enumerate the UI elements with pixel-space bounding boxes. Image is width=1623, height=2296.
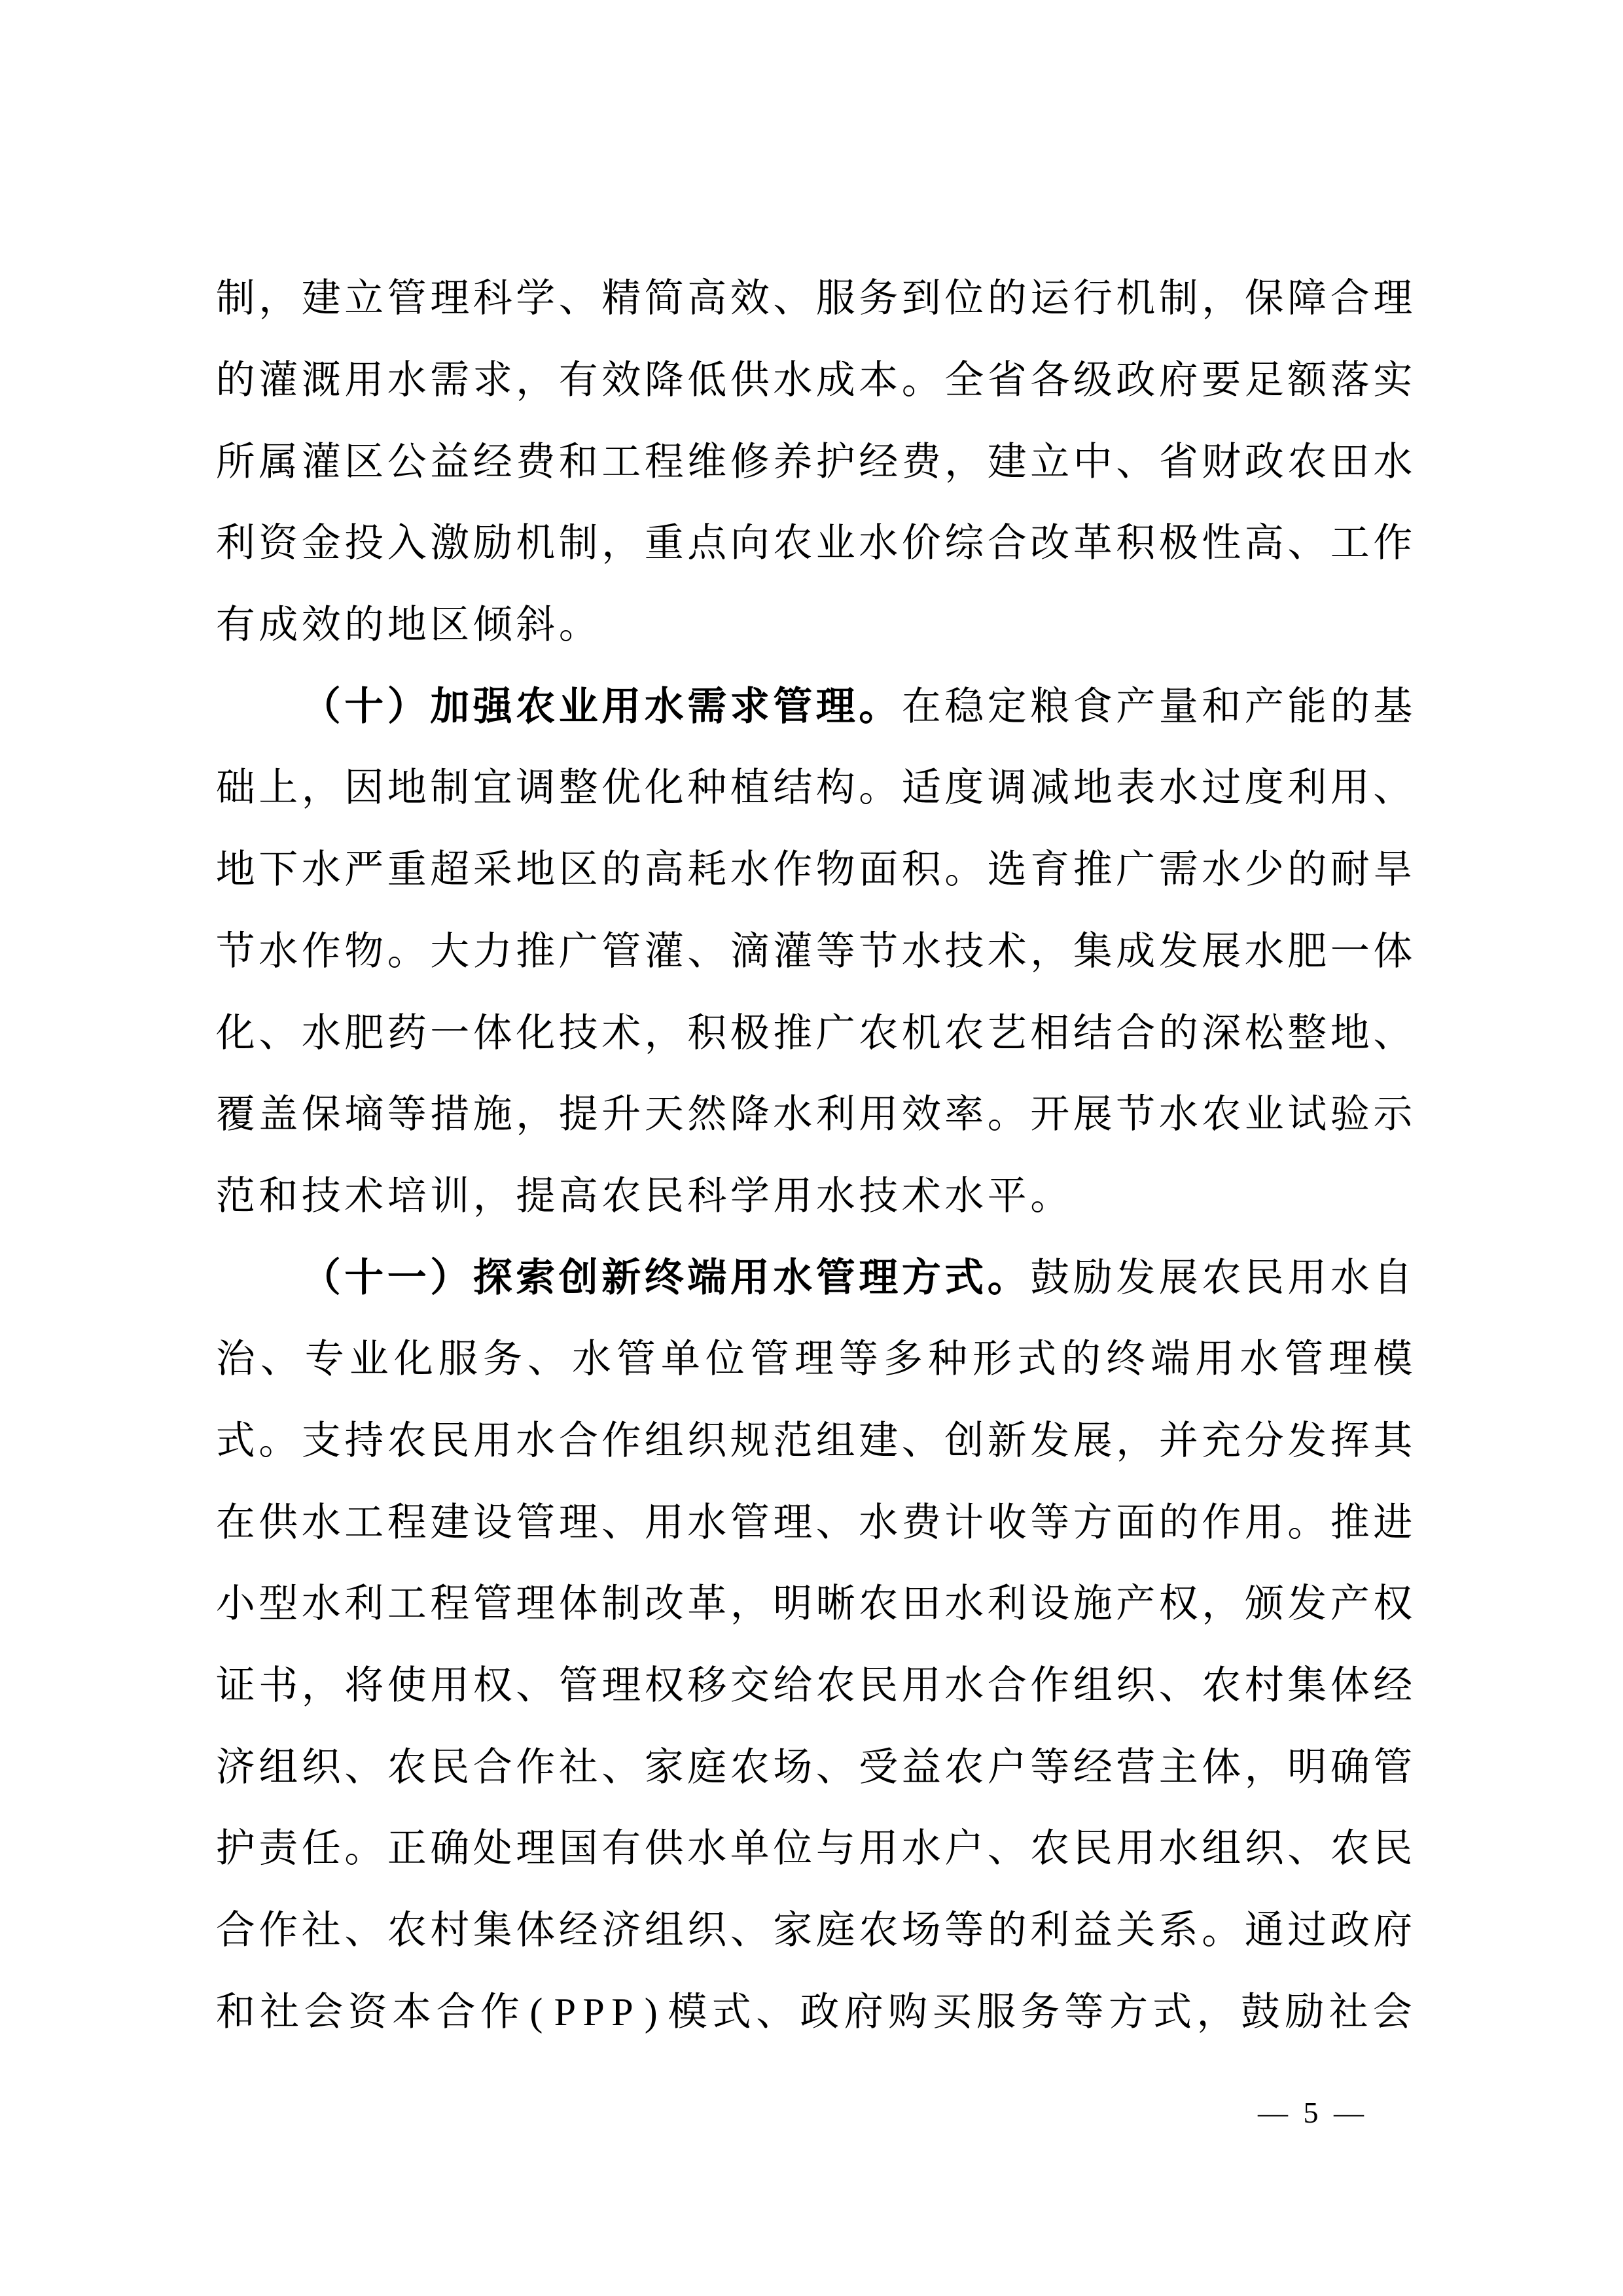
char-cell: 展 — [1200, 932, 1243, 971]
char-cell: 与 — [814, 1829, 857, 1868]
char-cell: 有 — [557, 361, 600, 400]
char-cell: 、 — [257, 1014, 300, 1053]
char-cell: 推 — [514, 932, 558, 971]
char-cell: 试 — [1286, 1095, 1329, 1134]
char-cell: 农 — [772, 523, 815, 563]
char-cell: 严 — [343, 850, 386, 889]
char-cell: 高 — [643, 850, 686, 889]
char-cell: 励 — [1071, 1258, 1115, 1298]
char-cell: 表 — [1115, 768, 1158, 807]
char-cell: 。 — [943, 850, 986, 889]
char-cell: 方 — [1107, 1992, 1150, 2032]
char-cell: 充 — [1200, 1421, 1243, 1460]
char-cell: 提 — [514, 1176, 558, 1216]
char-cell: 合 — [435, 1992, 478, 2032]
char-cell: 政 — [798, 1992, 842, 2032]
char-cell: 革 — [1071, 523, 1115, 563]
char-cell: 的 — [214, 361, 257, 400]
char-cell: 率 — [943, 1095, 986, 1134]
char-cell: 社 — [300, 1911, 343, 1950]
char-cell: 用 — [343, 361, 386, 400]
char-cell: 水 — [857, 1503, 901, 1542]
char-cell: 。 — [1029, 1176, 1072, 1216]
char-cell: 家 — [772, 1911, 815, 1950]
char-cell: P — [551, 1992, 579, 2032]
char-cell: 挥 — [1329, 1421, 1372, 1460]
text-line: 治、专业化服务、水管单位管理等多种形式的终端用水管理模 — [214, 1318, 1414, 1400]
char-cell: ， — [600, 523, 643, 563]
char-cell: 术 — [600, 1014, 643, 1053]
char-cell: 水 — [514, 1421, 558, 1460]
char-cell: 调 — [986, 768, 1029, 807]
char-cell: 量 — [1157, 687, 1200, 726]
char-cell: 利 — [986, 1584, 1029, 1623]
char-cell: 的 — [1157, 1014, 1200, 1053]
char-cell: 稳 — [943, 687, 986, 726]
char-cell: 业 — [814, 523, 857, 563]
char-cell: 明 — [772, 1584, 815, 1623]
text-line: 式。支持农民用水合作组织规范组建、创新发展，并充分发挥其 — [214, 1400, 1414, 1482]
char-cell: P — [580, 1992, 607, 2032]
char-cell: 等 — [1029, 1748, 1072, 1787]
char-cell: 实 — [1372, 361, 1415, 400]
char-cell: 节 — [214, 932, 257, 971]
char-cell: 大 — [429, 932, 472, 971]
char-cell: 和 — [214, 1992, 257, 2032]
char-cell: 用 — [1115, 1829, 1158, 1868]
char-cell: 合 — [471, 1748, 514, 1787]
char-cell: 灌 — [257, 361, 300, 400]
char-cell: 用 — [728, 1258, 772, 1298]
char-cell: 机 — [900, 1014, 943, 1053]
char-cell: 农 — [728, 1748, 772, 1787]
char-cell: 农 — [1200, 1258, 1243, 1298]
char-cell: 业 — [557, 687, 600, 726]
char-cell: 积 — [1115, 523, 1158, 563]
char-cell: 墒 — [343, 1095, 386, 1134]
char-cell: 晰 — [814, 1584, 857, 1623]
char-cell: 所 — [214, 442, 257, 482]
char-cell: 组 — [643, 1911, 686, 1950]
char-cell: 利 — [214, 523, 257, 563]
char-cell: 、 — [1372, 768, 1415, 807]
char-cell: 足 — [1243, 361, 1286, 400]
char-cell: 关 — [1115, 1911, 1158, 1950]
char-cell: 措 — [429, 1095, 472, 1134]
char-cell: 公 — [385, 442, 429, 482]
char-cell: 范 — [772, 1421, 815, 1460]
char-cell: 。 — [343, 1829, 386, 1868]
text-line: 利资金投入激励机制，重点向农业水价综合改革积极性高、工作 — [214, 503, 1414, 584]
char-cell: 务 — [1018, 1992, 1061, 2032]
char-cell: 成 — [1115, 932, 1158, 971]
page-number-text: — 5 — — [1258, 2096, 1368, 2129]
char-cell: 宜 — [471, 768, 514, 807]
char-cell: 农 — [943, 1014, 986, 1053]
char-cell: 中 — [1071, 442, 1115, 482]
char-cell: 、 — [600, 1503, 643, 1542]
char-cell: 金 — [300, 523, 343, 563]
char-cell: 家 — [643, 1748, 686, 1787]
char-cell: 立 — [343, 279, 386, 318]
char-cell: 和 — [257, 1176, 300, 1216]
char-cell: 调 — [514, 768, 558, 807]
char-cell: 多 — [882, 1339, 925, 1379]
char-cell: 效 — [728, 279, 772, 318]
char-cell: 等 — [943, 1911, 986, 1950]
char-cell: 、 — [754, 1992, 797, 2032]
char-cell: 的 — [1060, 1339, 1103, 1379]
char-cell: 积 — [900, 850, 943, 889]
char-cell: 节 — [1115, 1095, 1158, 1134]
char-cell: 作 — [514, 1748, 558, 1787]
char-cell: 管 — [557, 1666, 600, 1705]
char-cell: 工 — [600, 442, 643, 482]
char-cell: 购 — [886, 1992, 929, 2032]
char-cell: 十 — [343, 687, 386, 726]
text-line: （十一）探索创新终端用水管理方式。鼓励发展农民用水自 — [214, 1237, 1414, 1318]
char-cell: 灌 — [643, 932, 686, 971]
char-cell: 高 — [686, 279, 729, 318]
char-cell: 资 — [346, 1992, 389, 2032]
char-cell: 推 — [1071, 850, 1115, 889]
char-cell: 育 — [1029, 850, 1072, 889]
char-cell: 技 — [557, 1014, 600, 1053]
char-cell: 养 — [772, 442, 815, 482]
char-cell: 重 — [385, 850, 429, 889]
char-cell: 新 — [986, 1421, 1029, 1460]
char-cell: 。 — [986, 1095, 1029, 1134]
char-cell: 利 — [1029, 1911, 1072, 1950]
char-cell: 鼓 — [1029, 1258, 1072, 1298]
char-cell: 训 — [429, 1176, 472, 1216]
char-cell: 等 — [1029, 1503, 1072, 1542]
char-cell: ， — [1243, 1748, 1286, 1787]
char-cell: 灌 — [772, 932, 815, 971]
char-cell: 等 — [385, 1095, 429, 1134]
char-cell: 管 — [514, 1503, 558, 1542]
char-cell: 农 — [1200, 1095, 1243, 1134]
char-cell: 织 — [300, 1748, 343, 1787]
char-cell: 、 — [1157, 1666, 1200, 1705]
char-cell: ， — [471, 1176, 514, 1216]
char-cell: 集 — [1071, 932, 1115, 971]
char-cell: 升 — [600, 1095, 643, 1134]
char-cell: 的 — [1286, 850, 1329, 889]
char-cell: ， — [300, 768, 343, 807]
char-cell: 水 — [1157, 1829, 1200, 1868]
char-cell: 水 — [900, 932, 943, 971]
char-cell: 基 — [1372, 687, 1415, 726]
char-cell: 益 — [900, 1748, 943, 1787]
char-cell: 术 — [343, 1176, 386, 1216]
char-cell: 管 — [471, 1584, 514, 1623]
char-cell: 任 — [300, 1829, 343, 1868]
char-cell: 国 — [557, 1829, 600, 1868]
char-cell: 耐 — [1329, 850, 1372, 889]
char-cell: 用 — [772, 1176, 815, 1216]
char-cell: 节 — [857, 932, 901, 971]
char-cell: 持 — [343, 1421, 386, 1460]
char-cell: 利 — [814, 1095, 857, 1134]
char-cell: 理 — [814, 687, 857, 726]
char-cell: 少 — [1243, 850, 1286, 889]
char-cell: 面 — [857, 850, 901, 889]
char-cell: 结 — [772, 768, 815, 807]
char-cell: 水 — [772, 1258, 815, 1298]
char-cell: 产 — [1329, 1584, 1372, 1623]
char-cell: 建 — [300, 279, 343, 318]
char-cell: 证 — [214, 1666, 257, 1705]
char-cell: 治 — [214, 1339, 257, 1379]
char-cell: 水 — [300, 1503, 343, 1542]
char-cell: 开 — [1029, 1095, 1072, 1134]
char-cell: 用 — [600, 687, 643, 726]
char-cell: 水 — [772, 1095, 815, 1134]
char-cell: 灌 — [300, 442, 343, 482]
char-cell: 水 — [814, 1176, 857, 1216]
char-cell: 的 — [600, 850, 643, 889]
char-cell: 费 — [900, 442, 943, 482]
char-cell: 务 — [857, 279, 901, 318]
char-cell: 民 — [429, 1748, 472, 1787]
char-cell: 理 — [600, 1666, 643, 1705]
char-cell: 集 — [1286, 1666, 1329, 1705]
char-cell: 索 — [514, 1258, 558, 1298]
char-cell: 示 — [1372, 1095, 1415, 1134]
char-cell: 单 — [659, 1339, 702, 1379]
char-cell: 广 — [557, 932, 600, 971]
char-cell: 民 — [429, 1421, 472, 1460]
char-cell: 水 — [943, 1176, 986, 1216]
char-cell: 、 — [1286, 1829, 1329, 1868]
char-cell: 体 — [1372, 932, 1415, 971]
char-cell: 科 — [686, 1176, 729, 1216]
char-cell: 管 — [600, 932, 643, 971]
char-cell: 农 — [1286, 442, 1329, 482]
char-cell: 处 — [471, 1829, 514, 1868]
char-cell: 学 — [728, 1176, 772, 1216]
char-cell: 自 — [1372, 1258, 1415, 1298]
char-cell: 护 — [214, 1829, 257, 1868]
char-cell: 水 — [300, 1014, 343, 1053]
char-cell: 滴 — [728, 932, 772, 971]
char-cell: 发 — [1286, 1584, 1329, 1623]
char-cell: 理 — [857, 1258, 901, 1298]
char-cell: 正 — [385, 1829, 429, 1868]
char-cell: 作 — [1200, 1503, 1243, 1542]
char-cell: 经 — [1372, 1666, 1415, 1705]
char-cell: 其 — [1372, 1421, 1415, 1460]
char-cell: 投 — [343, 523, 386, 563]
char-cell: 式 — [1150, 1992, 1194, 2032]
char-cell: 农 — [600, 1176, 643, 1216]
char-cell: 效 — [300, 605, 343, 645]
char-cell: 权 — [1157, 1584, 1200, 1623]
char-cell: 体 — [1200, 1748, 1243, 1787]
char-cell: 、 — [514, 1666, 558, 1705]
char-cell: 级 — [1071, 361, 1115, 400]
char-cell: 民 — [643, 1176, 686, 1216]
char-cell: 、 — [1286, 523, 1329, 563]
char-cell: 确 — [429, 1829, 472, 1868]
char-cell: 权 — [643, 1666, 686, 1705]
char-cell: 政 — [1115, 361, 1158, 400]
char-cell: 区 — [557, 850, 600, 889]
text-line: 化、水肥药一体化技术，积极推广农机农艺相结合的深松整地、 — [214, 992, 1414, 1074]
char-cell: 庭 — [686, 1748, 729, 1787]
char-cell: 型 — [257, 1584, 300, 1623]
char-cell: 。 — [1286, 1503, 1329, 1542]
char-cell: 式 — [214, 1421, 257, 1460]
char-cell: 水 — [728, 850, 772, 889]
char-cell: 分 — [1243, 1421, 1286, 1460]
char-cell: ， — [943, 442, 986, 482]
char-cell: 化 — [643, 768, 686, 807]
char-cell: 的 — [986, 1911, 1029, 1950]
char-cell: 各 — [1029, 361, 1072, 400]
char-cell: 作 — [478, 1992, 522, 2032]
char-cell: 倾 — [471, 605, 514, 645]
char-cell: ， — [1115, 1421, 1158, 1460]
char-cell: 管 — [615, 1339, 658, 1379]
char-cell: 水 — [943, 1584, 986, 1623]
char-cell: 织 — [1243, 1829, 1286, 1868]
char-cell: 成 — [814, 361, 857, 400]
text-line: 在供水工程建设管理、用水管理、水费计收等方面的作用。推进 — [214, 1481, 1414, 1563]
char-cell: 水 — [1157, 1095, 1200, 1134]
char-cell: 水 — [772, 361, 815, 400]
char-cell: 一 — [385, 1258, 429, 1298]
char-cell: 权 — [1372, 1584, 1415, 1623]
char-cell: 建 — [429, 1503, 472, 1542]
text-line: 合作社、农村集体经济组织、家庭农场等的利益关系。通过政府 — [214, 1890, 1414, 1971]
char-cell: 立 — [1029, 442, 1072, 482]
char-cell: 的 — [986, 279, 1029, 318]
char-cell: ， — [1195, 1992, 1238, 2032]
text-line: 范和技术培训，提高农民科学用水技术水平。 — [214, 1156, 1414, 1237]
char-cell: 覆 — [214, 1095, 257, 1134]
char-cell: 式 — [1015, 1339, 1058, 1379]
char-cell: 制 — [557, 523, 600, 563]
char-cell: 落 — [1329, 361, 1372, 400]
char-cell: 效 — [600, 361, 643, 400]
char-cell: 府 — [1157, 361, 1200, 400]
char-cell: 系 — [1157, 1911, 1200, 1950]
char-cell: 会 — [1371, 1992, 1414, 2032]
document-page: 制，建立管理科学、精简高效、服务到位的运行机制，保障合理的灌溉用水需求，有效降低… — [0, 0, 1623, 2296]
char-cell: 程 — [643, 442, 686, 482]
char-cell: 、 — [343, 1911, 386, 1950]
char-cell: 计 — [943, 1503, 986, 1542]
char-cell: 政 — [1329, 1911, 1372, 1950]
char-cell: 田 — [1329, 442, 1372, 482]
char-cell: 、 — [814, 1503, 857, 1542]
char-cell: 工 — [385, 1584, 429, 1623]
char-cell: 模 — [666, 1992, 709, 2032]
char-cell: 面 — [1115, 1503, 1158, 1542]
char-cell: 斜 — [514, 605, 558, 645]
char-cell: 深 — [1200, 1014, 1243, 1053]
char-cell: 天 — [643, 1095, 686, 1134]
char-cell: 保 — [300, 1095, 343, 1134]
char-cell: 和 — [557, 442, 600, 482]
char-cell: 体 — [557, 1584, 600, 1623]
char-cell: 展 — [1157, 1258, 1200, 1298]
char-cell: 本 — [390, 1992, 433, 2032]
char-cell: 理 — [514, 1829, 558, 1868]
text-line: 节水作物。大力推广管灌、滴灌等节水技术，集成发展水肥一体 — [214, 911, 1414, 993]
char-cell: 求 — [728, 687, 772, 726]
char-cell: 食 — [1071, 687, 1115, 726]
char-cell: 用 — [1193, 1339, 1236, 1379]
char-cell: 水 — [300, 850, 343, 889]
char-cell: 产 — [1243, 687, 1286, 726]
char-cell: 、 — [772, 279, 815, 318]
char-cell: ， — [300, 1666, 343, 1705]
char-cell: 组 — [1200, 1829, 1243, 1868]
char-cell: 础 — [214, 768, 257, 807]
char-cell: 村 — [429, 1911, 472, 1950]
char-cell: 服 — [974, 1992, 1018, 2032]
char-cell: ， — [728, 1584, 772, 1623]
char-cell: 培 — [385, 1176, 429, 1216]
char-cell: 产 — [1115, 1584, 1158, 1623]
char-cell: 理 — [793, 1339, 836, 1379]
char-cell: 利 — [1286, 768, 1329, 807]
char-cell: 、 — [728, 1911, 772, 1950]
char-cell: 需 — [686, 687, 729, 726]
char-cell: 形 — [971, 1339, 1014, 1379]
char-cell: 等 — [837, 1339, 880, 1379]
char-cell: 植 — [728, 768, 772, 807]
char-cell: 低 — [686, 361, 729, 400]
char-cell: 织 — [1115, 1666, 1158, 1705]
char-cell: 。 — [557, 605, 600, 645]
char-cell: 技 — [943, 932, 986, 971]
char-cell: 服 — [437, 1339, 480, 1379]
char-cell: 理 — [514, 1584, 558, 1623]
char-cell: 责 — [257, 1829, 300, 1868]
char-cell: 经 — [857, 442, 901, 482]
char-cell: 用 — [900, 1666, 943, 1705]
char-cell: 书 — [257, 1666, 300, 1705]
char-cell: 管 — [814, 1258, 857, 1298]
text-line: 制，建立管理科学、精简高效、服务到位的运行机制，保障合理 — [214, 258, 1414, 340]
char-cell: 益 — [1071, 1911, 1115, 1950]
char-cell: 综 — [943, 523, 986, 563]
char-cell: 一 — [429, 1014, 472, 1053]
char-cell: 利 — [343, 1584, 386, 1623]
char-cell: 农 — [943, 1748, 986, 1787]
char-cell: 整 — [1286, 1014, 1329, 1053]
char-cell: 户 — [986, 1748, 1029, 1787]
char-cell: ） — [429, 1258, 472, 1298]
char-cell: 组 — [643, 1421, 686, 1460]
char-cell: 护 — [814, 442, 857, 482]
char-cell: 超 — [429, 850, 472, 889]
char-cell: 物 — [343, 932, 386, 971]
char-cell: 制 — [214, 279, 257, 318]
char-cell: 建 — [986, 442, 1029, 482]
char-cell: 费 — [514, 442, 558, 482]
char-cell: 、 — [1372, 1014, 1415, 1053]
char-cell: 十 — [343, 1258, 386, 1298]
char-cell: 发 — [1157, 932, 1200, 971]
char-cell: 在 — [214, 1503, 257, 1542]
char-cell: 小 — [214, 1584, 257, 1623]
char-cell: 学 — [514, 279, 558, 318]
